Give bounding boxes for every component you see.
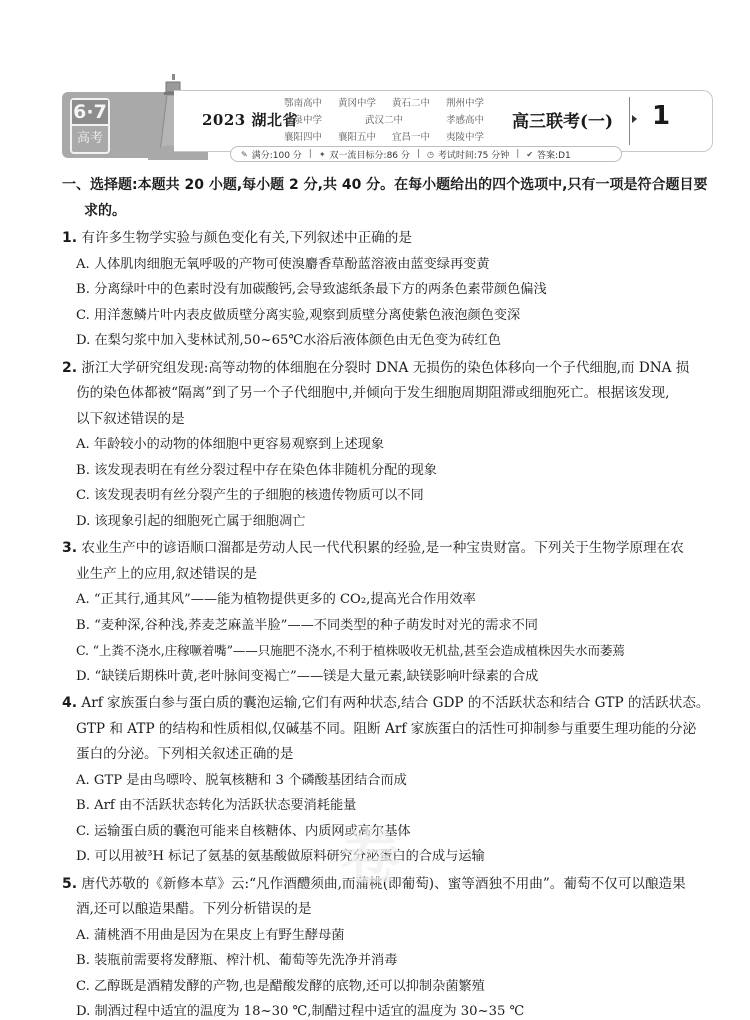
school-name: 宜昌一中 bbox=[392, 129, 446, 146]
section-heading: 一、选择题:本题共 20 小题,每小题 2 分,共 40 分。在每小题给出的四个… bbox=[62, 172, 712, 224]
option-a: A. 蒲桃酒不用曲是因为在果皮上有野生酵母菌 bbox=[62, 923, 712, 949]
option-c: C. 乙醇既是酒精发酵的产物,也是醋酸发酵的底物,还可以抑制杂菌繁殖 bbox=[62, 974, 712, 1000]
school-row: 鄂南高中 黄冈中学 黄石二中 荆州中学 bbox=[284, 95, 500, 112]
stem-line: 伤的染色体都被“隔离”到了另一个子代细胞中,并倾向于发生细胞周期阻滞或细胞死亡。… bbox=[62, 381, 712, 407]
option-b: B. 分离绿叶中的色素时没有加碳酸钙,会导致滤纸条最下方的两条色素带颜色偏浅 bbox=[62, 277, 712, 303]
school-row: 襄阳四中 襄阳五中 宜昌一中 夷陵中学 bbox=[284, 129, 500, 146]
option-a: A. 人体肌肉细胞无氧呼吸的产物可使溴麝香草酚蓝溶液由蓝变绿再变黄 bbox=[62, 252, 712, 278]
school-name: 襄阳四中 bbox=[284, 129, 338, 146]
logo-number: 6·7 bbox=[72, 100, 108, 126]
school-name: 龙泉中学 bbox=[284, 112, 338, 129]
school-name: 夷陵中学 bbox=[446, 129, 500, 146]
question-stem: 4. Arf 家族蛋白参与蛋白质的囊泡运输,它们有两种状态,结合 GDP 的不活… bbox=[62, 691, 712, 768]
question-stem: 3. 农业生产中的谚语顺口溜都是劳动人民一代代积累的经验,是一种宝贵财富。下列关… bbox=[62, 536, 712, 587]
full-score: 满分:100 分 bbox=[252, 148, 302, 161]
option-d: D. “缺镁后期株叶黄,老叶脉间变褐亡”——镁是大量元素,缺镁影响叶绿素的合成 bbox=[62, 664, 712, 690]
logo-text: 高考 bbox=[72, 126, 108, 152]
question-stem: 5. 唐代苏敬的《新修本草》云:“凡作酒醴须曲,而蒲桃(即葡萄)、蜜等酒独不用曲… bbox=[62, 872, 712, 923]
option-a: A. GTP 是由鸟嘌呤、脱氧核糖和 3 个磷酸基团结合而成 bbox=[62, 768, 712, 794]
school-name: 黄冈中学 bbox=[338, 95, 392, 112]
question-stem: 1. 有许多生物学实验与颜色变化有关,下列叙述中正确的是 bbox=[62, 226, 712, 252]
option-c: C. 运输蛋白质的囊泡可能来自核糖体、内质网或高尔基体 bbox=[62, 819, 712, 845]
question-4: 4. Arf 家族蛋白参与蛋白质的囊泡运输,它们有两种状态,结合 GDP 的不活… bbox=[62, 691, 712, 870]
school-name: 黄石二中 bbox=[392, 95, 446, 112]
separator: | bbox=[306, 149, 315, 159]
exam-content: 一、选择题:本题共 20 小题,每小题 2 分,共 40 分。在每小题给出的四个… bbox=[62, 172, 712, 1020]
school-row: 龙泉中学 武汉二中 孝感高中 bbox=[284, 112, 500, 129]
question-number: 3. bbox=[62, 540, 77, 556]
clock-icon: ◷ bbox=[427, 150, 434, 159]
separator: | bbox=[513, 149, 522, 159]
section-heading-line: 求的。 bbox=[62, 198, 712, 224]
option-d: D. 制酒过程中适宜的温度为 18~30 ℃,制醋过程中适宜的温度为 30~35… bbox=[62, 999, 712, 1020]
stem-line: 蛋白的分泌。下列相关叙述正确的是 bbox=[62, 742, 712, 768]
option-b: B. 该发现表明在有丝分裂过程中存在染色体非随机分配的现象 bbox=[62, 458, 712, 484]
exam-time: 考试时间:75 分钟 bbox=[438, 148, 509, 161]
option-c: C. 用洋葱鳞片叶内表皮做质壁分离实验,观察到质壁分离使紫色液泡颜色变深 bbox=[62, 303, 712, 329]
separator: | bbox=[414, 149, 423, 159]
school-name bbox=[338, 112, 365, 129]
check-icon: ✔ bbox=[526, 150, 533, 159]
question-number: 5. bbox=[62, 876, 77, 892]
question-1: 1. 有许多生物学实验与颜色变化有关,下列叙述中正确的是 A. 人体肌肉细胞无氧… bbox=[62, 226, 712, 354]
stem-line: GTP 和 ATP 的结构和性质相似,仅碱基不同。阻断 Arf 家族蛋白的活性可… bbox=[62, 717, 712, 743]
option-d: D. 该现象引起的细胞死亡属于细胞凋亡 bbox=[62, 509, 712, 535]
target-icon: ✦ bbox=[319, 150, 326, 159]
question-number: 2. bbox=[62, 360, 77, 376]
school-name: 襄阳五中 bbox=[338, 129, 392, 146]
stem-line: 农业生产中的谚语顺口溜都是劳动人民一代代积累的经验,是一种宝贵财富。下列关于生物… bbox=[81, 540, 683, 556]
header-card: 2023 湖北省 鄂南高中 黄冈中学 黄石二中 荆州中学 龙泉中学 武汉二中 孝… bbox=[174, 90, 713, 152]
arrow-right-icon bbox=[632, 115, 637, 123]
exam-header-banner: 6·7 高考 2023 湖北省 鄂南高中 黄冈中学 黄石二中 荆州中学 龙泉中学… bbox=[62, 78, 712, 166]
exam-title: 高三联考(一) bbox=[512, 107, 613, 132]
question-5: 5. 唐代苏敬的《新修本草》云:“凡作酒醴须曲,而蒲桃(即葡萄)、蜜等酒独不用曲… bbox=[62, 872, 712, 1020]
school-name: 荆州中学 bbox=[446, 95, 500, 112]
answer-code: 答案:D1 bbox=[537, 148, 571, 161]
section-heading-line: 一、选择题:本题共 20 小题,每小题 2 分,共 40 分。在每小题给出的四个… bbox=[62, 177, 708, 193]
stem-line: 浙江大学研究组发现:高等动物的体细胞在分裂时 DNA 无损伤的染色体移向一个子代… bbox=[81, 360, 689, 376]
question-number: 4. bbox=[62, 695, 77, 711]
option-b: B. Arf 由不活跃状态转化为活跃状态要消耗能量 bbox=[62, 793, 712, 819]
option-b: B. 装瓶前需要将发酵瓶、榨汁机、葡萄等先洗净并消毒 bbox=[62, 948, 712, 974]
stem-line: Arf 家族蛋白参与蛋白质的囊泡运输,它们有两种状态,结合 GDP 的不活跃状态… bbox=[81, 695, 709, 711]
brand-logo: 6·7 高考 bbox=[70, 98, 110, 154]
option-a: A. “正其行,通其风”——能为植物提供更多的 CO₂,提高光合作用效率 bbox=[62, 587, 712, 613]
question-2: 2. 浙江大学研究组发现:高等动物的体细胞在分裂时 DNA 无损伤的染色体移向一… bbox=[62, 356, 712, 535]
exam-info-strip: ✎ 满分:100 分 | ✦ 双一流目标分:86 分 | ◷ 考试时间:75 分… bbox=[230, 146, 622, 162]
option-c: C. 该发现表明有丝分裂产生的子细胞的核遗传物质可以不同 bbox=[62, 483, 712, 509]
pen-icon: ✎ bbox=[241, 150, 248, 159]
header-divider bbox=[629, 97, 630, 145]
question-number: 1. bbox=[62, 230, 77, 246]
school-name: 武汉二中 bbox=[365, 112, 446, 129]
question-stem: 2. 浙江大学研究组发现:高等动物的体细胞在分裂时 DNA 无损伤的染色体移向一… bbox=[62, 356, 712, 433]
school-name: 孝感高中 bbox=[446, 112, 500, 129]
stem-line: 以下叙述错误的是 bbox=[62, 407, 712, 433]
page-number: 1 bbox=[652, 101, 670, 131]
stem-line: 酒,还可以酿造果醋。下列分析错误的是 bbox=[62, 897, 712, 923]
school-list: 鄂南高中 黄冈中学 黄石二中 荆州中学 龙泉中学 武汉二中 孝感高中 襄阳四中 … bbox=[284, 95, 500, 146]
option-a: A. 年龄较小的动物的体细胞中更容易观察到上述现象 bbox=[62, 432, 712, 458]
option-b: B. “麦种深,谷种浅,荞麦芝麻盖半脸”——不同类型的种子萌发时对光的需求不同 bbox=[62, 613, 712, 639]
option-c: C. “上粪不浇水,庄稼噘着嘴”——只施肥不浇水,不利于植株吸收无机盐,甚至会造… bbox=[62, 638, 712, 664]
school-name: 鄂南高中 bbox=[284, 95, 338, 112]
target-score: 双一流目标分:86 分 bbox=[330, 148, 410, 161]
option-d: D. 可以用被³H 标记了氨基的氨基酸做原料研究分泌蛋白的合成与运输 bbox=[62, 844, 712, 870]
option-d: D. 在梨匀浆中加入斐林试剂,50~65℃水浴后液体颜色由无色变为砖红色 bbox=[62, 328, 712, 354]
stem-line: 唐代苏敬的《新修本草》云:“凡作酒醴须曲,而蒲桃(即葡萄)、蜜等酒独不用曲”。葡… bbox=[81, 876, 685, 892]
stem-line: 有许多生物学实验与颜色变化有关,下列叙述中正确的是 bbox=[81, 230, 412, 246]
question-3: 3. 农业生产中的谚语顺口溜都是劳动人民一代代积累的经验,是一种宝贵财富。下列关… bbox=[62, 536, 712, 689]
stem-line: 业生产上的应用,叙述错误的是 bbox=[62, 562, 712, 588]
